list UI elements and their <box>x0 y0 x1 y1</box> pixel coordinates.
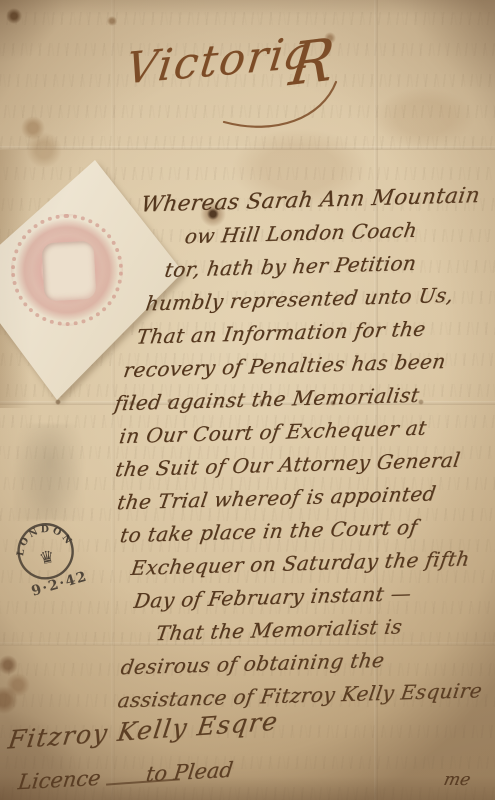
london-postmark-stamp: LONDON ♛ 9·2·42 <box>8 513 98 611</box>
fold-crease-horizontal-top <box>0 146 495 150</box>
catchword: me <box>442 770 472 790</box>
seal-shield-emboss <box>42 241 97 302</box>
annotation-licence: Licence <box>17 766 102 795</box>
annotation-to-plead: to Plead <box>145 758 235 787</box>
petition-body-text: Whereas Sarah Ann Mountain ow Hill Londo… <box>88 183 495 722</box>
embossed-crest-watermark <box>14 424 86 520</box>
crown-icon: ♛ <box>38 547 57 570</box>
signature-flourish <box>218 78 348 138</box>
document-photo: Victoria R Whereas Sarah Ann Mountain ow… <box>0 0 495 800</box>
